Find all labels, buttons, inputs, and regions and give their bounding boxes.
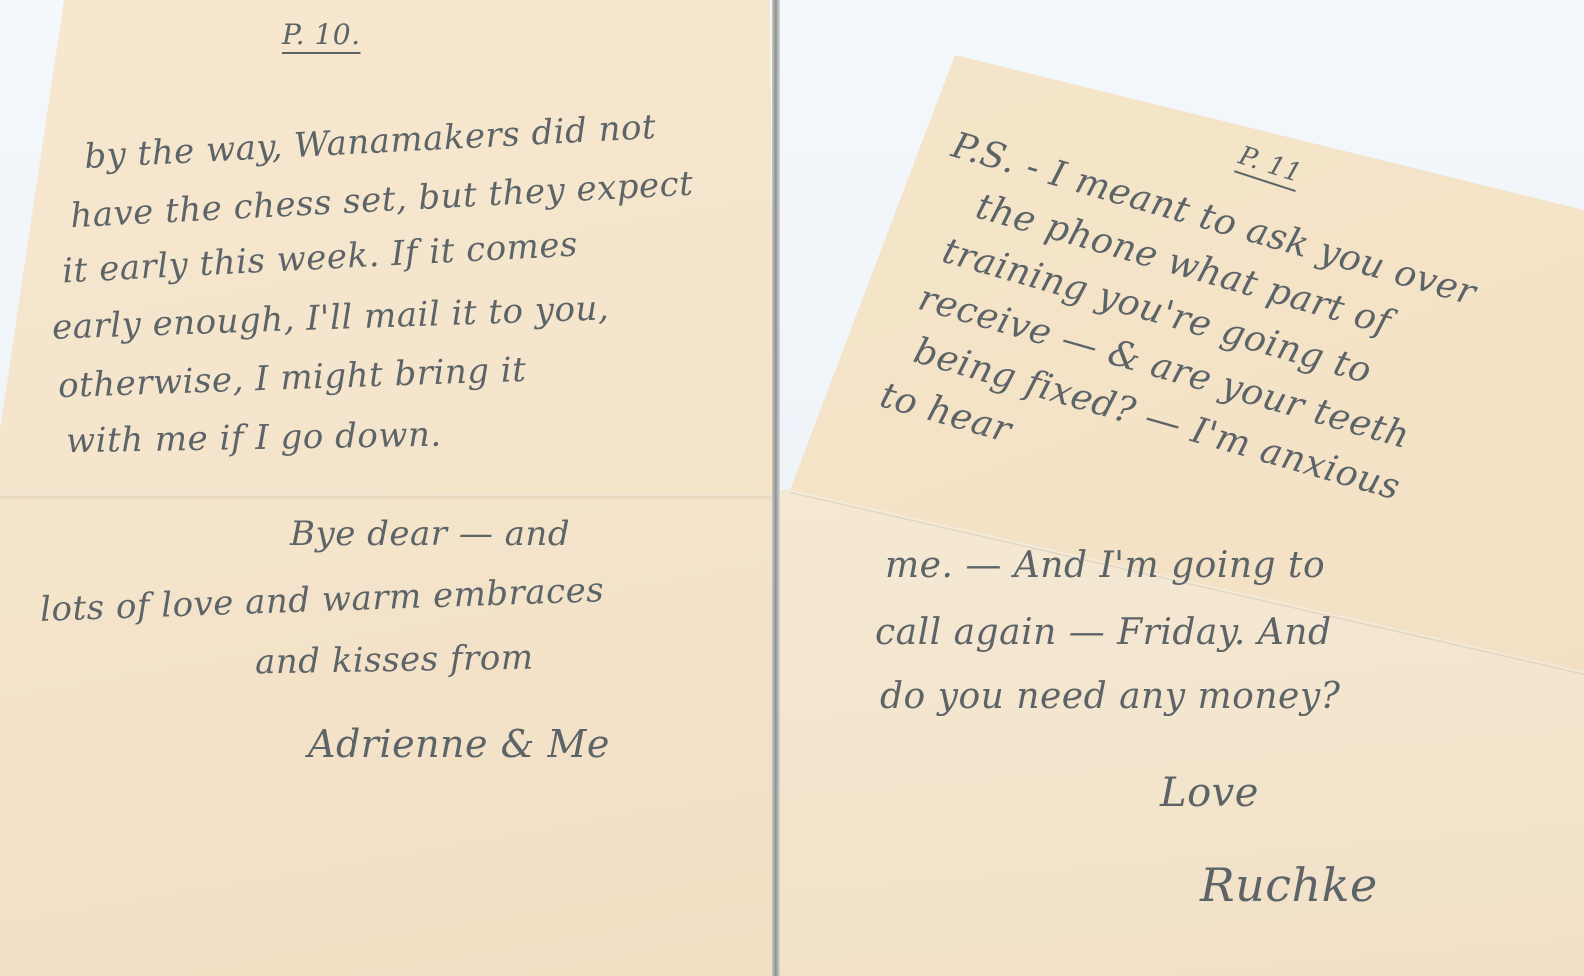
signature-left: Adrienne & Me <box>308 722 610 766</box>
letter-line-right: me. — And I'm going to <box>885 545 1325 586</box>
closing-right: Love <box>1160 770 1259 816</box>
page-fold-spine <box>772 0 780 976</box>
closing-line: Bye dear — and <box>290 514 570 554</box>
closing-line: and kisses from <box>255 638 534 683</box>
signature-right: Ruchke <box>1200 858 1378 912</box>
page-number-left: P. 10. <box>282 18 361 51</box>
letter-line: with me if I go down. <box>66 415 442 462</box>
letter-line-right: do you need any money? <box>880 676 1340 717</box>
letter-line-right: call again — Friday. And <box>875 612 1332 653</box>
